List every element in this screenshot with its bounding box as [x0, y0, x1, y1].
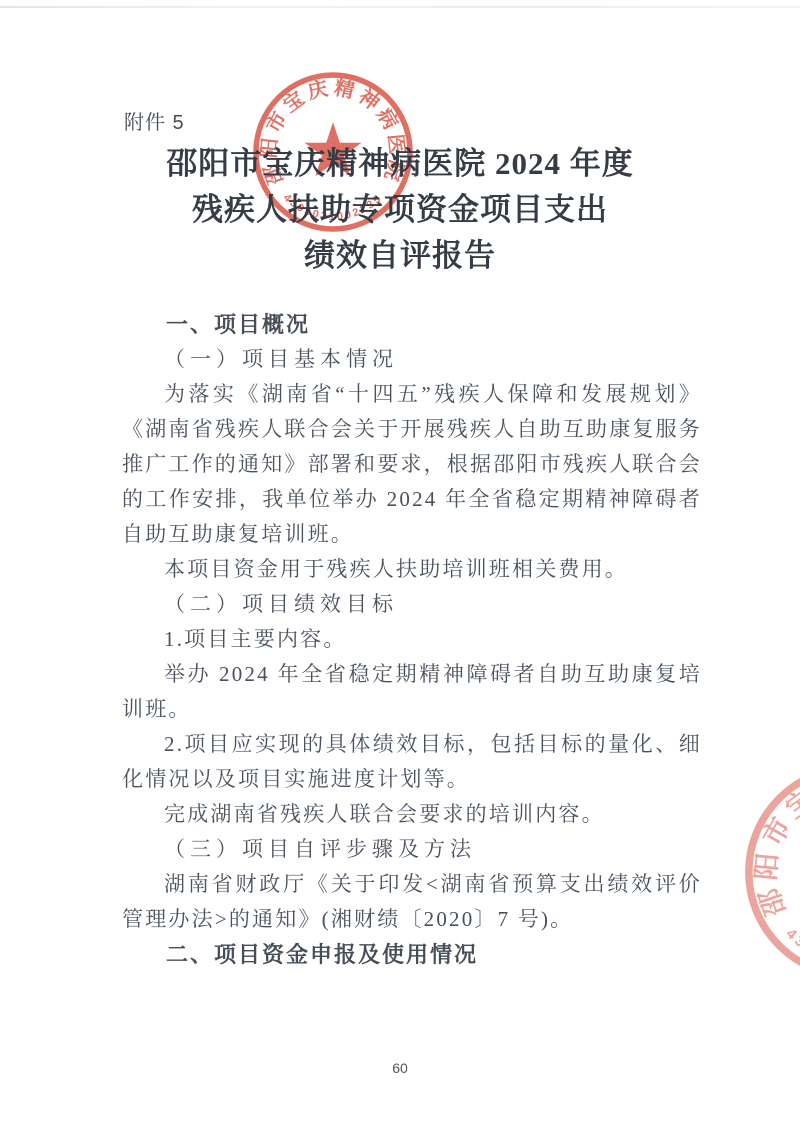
partial-seal-stamp: 邵阳市宝庆精神病医院 4305031002235 [738, 757, 800, 987]
paragraph-heading: 二、项目资金申报及使用情况 [122, 937, 702, 972]
svg-text:4305031002235: 4305031002235 [783, 926, 800, 968]
paragraph-heading: 一、项目概况 [122, 307, 702, 342]
paragraph-subheading: （三）项目自评步骤及方法 [122, 832, 702, 867]
paragraph-body: 为落实《湖南省“十四五”残疾人保障和发展规划》《湖南省残疾人联合会关于开展残疾人… [122, 377, 702, 552]
paragraph-body: 本项目资金用于残疾人扶助培训班相关费用。 [122, 552, 702, 587]
title-line-3: 绩效自评报告 [0, 233, 800, 279]
paragraph-body: 1.项目主要内容。 [122, 622, 702, 657]
paragraph-subheading: （一）项目基本情况 [122, 342, 702, 377]
document-body: 一、项目概况（一）项目基本情况为落实《湖南省“十四五”残疾人保障和发展规划》《湖… [122, 307, 702, 972]
paragraph-body: 举办 2024 年全省稳定期精神障碍者自助互助康复培训班。 [122, 657, 702, 727]
scanned-document-page: 邵阳市宝庆精神病医院 4305031002235 邵阳市宝庆精神病医院 4305… [0, 0, 800, 1131]
attachment-label: 附件 5 [124, 106, 185, 135]
paragraph-body: 湖南省财政厅《关于印发<湖南省预算支出绩效评价管理办法>的通知》(湘财绩〔202… [122, 867, 702, 937]
svg-text:邵阳市宝庆精神病医院: 邵阳市宝庆精神病医院 [751, 769, 800, 920]
seal-ring [749, 768, 800, 976]
seal-code: 4305031002235 [783, 926, 800, 968]
paragraph-body: 完成湖南省残疾人联合会要求的培训内容。 [122, 797, 702, 832]
document-title: 邵阳市宝庆精神病医院 2024 年度 残疾人扶助专项资金项目支出 绩效自评报告 [0, 141, 800, 279]
paragraph-subheading: （二）项目绩效目标 [122, 587, 702, 622]
title-line-2: 残疾人扶助专项资金项目支出 [0, 187, 800, 233]
seal-org-name: 邵阳市宝庆精神病医院 [751, 769, 800, 920]
paragraph-body: 2.项目应实现的具体绩效目标，包括目标的量化、细化情况以及项目实施进度计划等。 [122, 727, 702, 797]
seal-icon: 邵阳市宝庆精神病医院 4305031002235 [738, 757, 800, 987]
page-number: 60 [0, 1060, 800, 1076]
scan-artifact-line [0, 6, 800, 8]
title-line-1: 邵阳市宝庆精神病医院 2024 年度 [0, 141, 800, 187]
